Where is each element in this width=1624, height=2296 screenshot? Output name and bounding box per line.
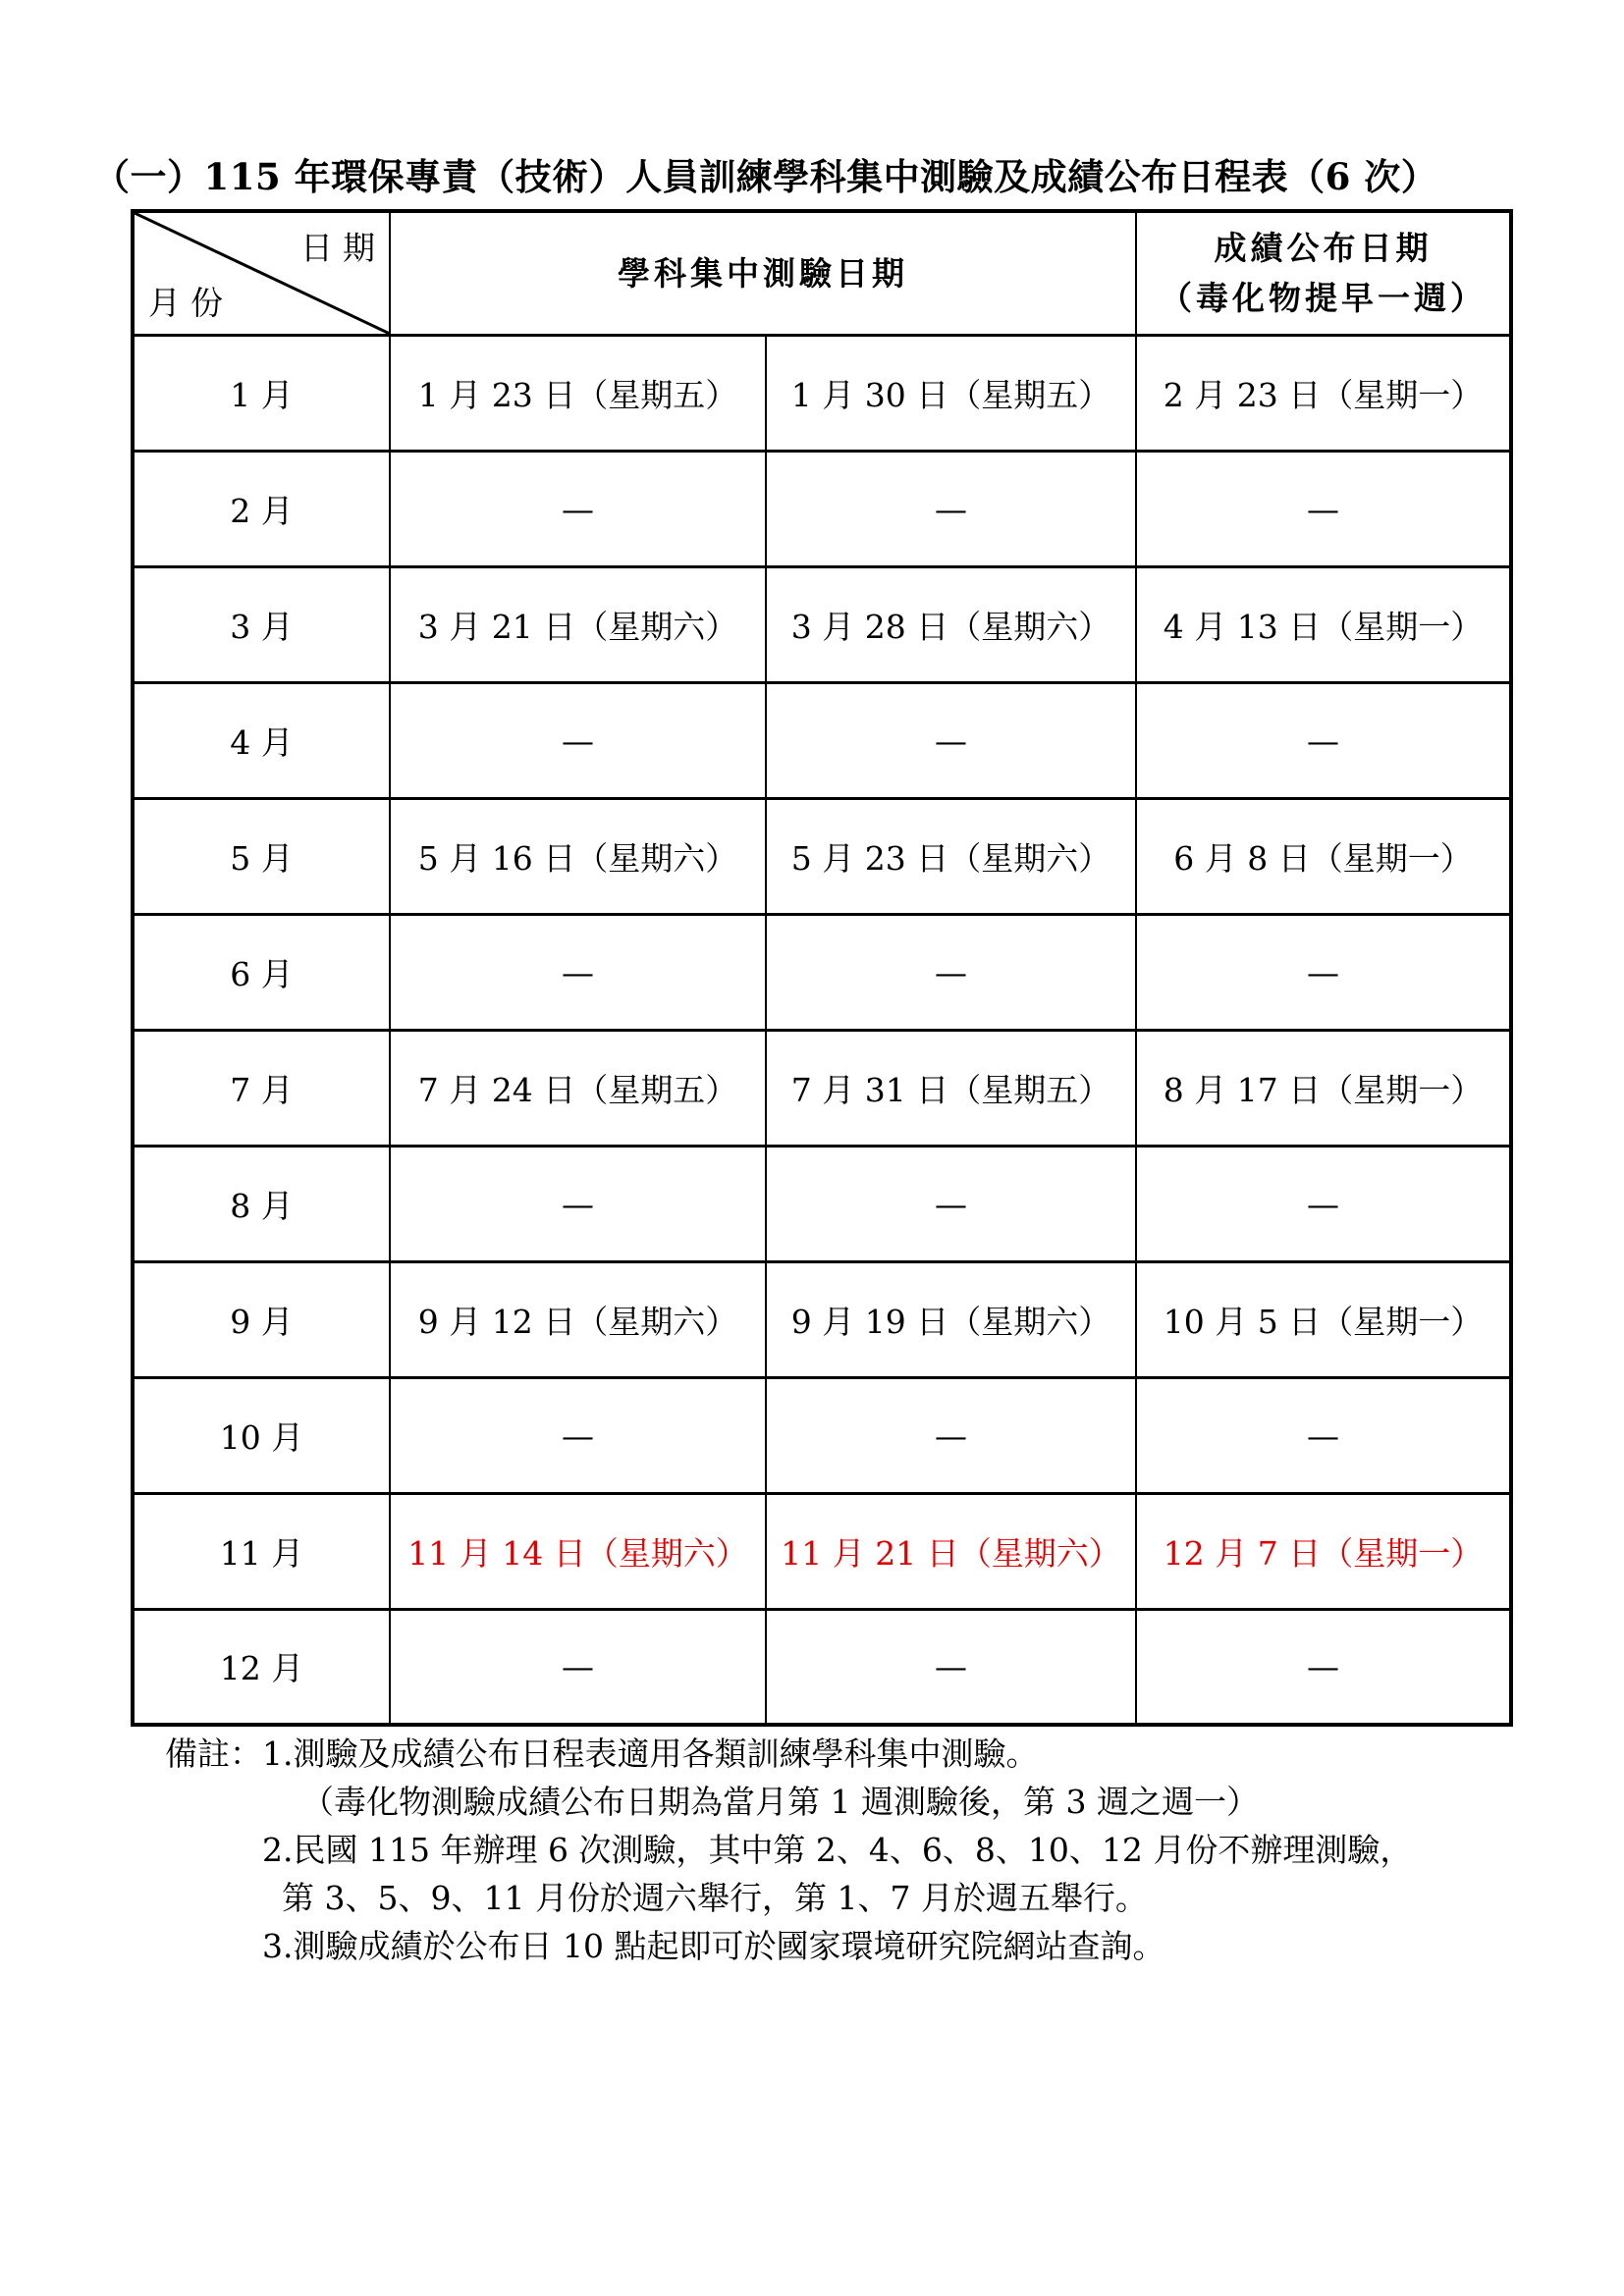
- test-date-1-cell: —: [390, 1146, 766, 1261]
- test-date-2-cell: —: [766, 451, 1136, 566]
- table-row: 4 月 — — —: [133, 682, 1511, 798]
- table-header-row: 日期 月份 學科集中測驗日期 成績公布日期 （毒化物提早一週）: [133, 211, 1511, 335]
- table-row: 10 月 — — —: [133, 1377, 1511, 1493]
- note-text-2: （毒化物測驗成績公布日期為當月第 1 週測驗後，第 3 週之週一）: [301, 1783, 1259, 1821]
- corner-header-cell: 日期 月份: [133, 211, 390, 335]
- result-date-cell: 10 月 5 日（星期一）: [1136, 1261, 1511, 1377]
- month-cell: 5 月: [133, 798, 390, 914]
- test-date-1-cell: —: [390, 1609, 766, 1725]
- result-date-cell: 8 月 17 日（星期一）: [1136, 1030, 1511, 1146]
- test-date-2-cell: 11 月 21 日（星期六）: [766, 1493, 1136, 1609]
- table-row: 1 月 1 月 23 日（星期五） 1 月 30 日（星期五） 2 月 23 日…: [133, 335, 1511, 451]
- result-date-cell: —: [1136, 1377, 1511, 1493]
- note-text-5: 3.測驗成績於公布日 10 點起即可於國家環境研究院網站查詢。: [262, 1927, 1164, 1965]
- note-line-5: 3.測驗成績於公布日 10 點起即可於國家環境研究院網站查詢。: [165, 1922, 1412, 1970]
- test-date-2-cell: —: [766, 914, 1136, 1030]
- test-date-1-cell: —: [390, 682, 766, 798]
- test-date-1-cell: —: [390, 1377, 766, 1493]
- month-cell: 11 月: [133, 1493, 390, 1609]
- month-cell: 2 月: [133, 451, 390, 566]
- note-line-3: 2.民國 115 年辦理 6 次測驗，其中第 2、4、6、8、10、12 月份不…: [165, 1826, 1412, 1874]
- month-cell: 1 月: [133, 335, 390, 451]
- table-row: 3 月 3 月 21 日（星期六） 3 月 28 日（星期六） 4 月 13 日…: [133, 566, 1511, 682]
- test-date-2-cell: 9 月 19 日（星期六）: [766, 1261, 1136, 1377]
- test-date-2-cell: —: [766, 1146, 1136, 1261]
- result-dates-header-cell: 成績公布日期 （毒化物提早一週）: [1136, 211, 1511, 335]
- result-date-cell: —: [1136, 1609, 1511, 1725]
- test-dates-header-cell: 學科集中測驗日期: [390, 211, 1136, 335]
- test-date-1-cell: 7 月 24 日（星期五）: [390, 1030, 766, 1146]
- test-date-1-cell: 11 月 14 日（星期六）: [390, 1493, 766, 1609]
- document-page: （一）115 年環保專責（技術）人員訓練學科集中測驗及成績公布日程表（6 次） …: [0, 0, 1624, 2296]
- table-row: 7 月 7 月 24 日（星期五） 7 月 31 日（星期五） 8 月 17 日…: [133, 1030, 1511, 1146]
- table-row: 2 月 — — —: [133, 451, 1511, 566]
- note-line-4: 第 3、5、9、11 月份於週六舉行，第 1、7 月於週五舉行。: [165, 1874, 1412, 1922]
- result-dates-header-line2: （毒化物提早一週）: [1137, 273, 1509, 323]
- month-cell: 12 月: [133, 1609, 390, 1725]
- month-cell: 10 月: [133, 1377, 390, 1493]
- page-title: （一）115 年環保專責（技術）人員訓練學科集中測驗及成績公布日程表（6 次）: [93, 147, 1437, 200]
- result-date-cell: —: [1136, 451, 1511, 566]
- test-date-1-cell: —: [390, 914, 766, 1030]
- table-row: 6 月 — — —: [133, 914, 1511, 1030]
- month-cell: 4 月: [133, 682, 390, 798]
- note-line-2: （毒化物測驗成績公布日期為當月第 1 週測驗後，第 3 週之週一）: [165, 1778, 1412, 1826]
- result-date-cell: 2 月 23 日（星期一）: [1136, 335, 1511, 451]
- month-cell: 7 月: [133, 1030, 390, 1146]
- test-date-2-cell: —: [766, 682, 1136, 798]
- test-date-2-cell: 3 月 28 日（星期六）: [766, 566, 1136, 682]
- test-date-2-cell: —: [766, 1377, 1136, 1493]
- test-date-1-cell: 9 月 12 日（星期六）: [390, 1261, 766, 1377]
- corner-label-date: 日期: [300, 223, 385, 269]
- test-date-2-cell: 1 月 30 日（星期五）: [766, 335, 1136, 451]
- result-date-cell: 4 月 13 日（星期一）: [1136, 566, 1511, 682]
- test-date-1-cell: 5 月 16 日（星期六）: [390, 798, 766, 914]
- corner-label-month: 月份: [148, 278, 233, 324]
- month-cell: 3 月: [133, 566, 390, 682]
- month-cell: 6 月: [133, 914, 390, 1030]
- notes-section: 備註：1.測驗及成績公布日程表適用各類訓練學科集中測驗。 （毒化物測驗成績公布日…: [165, 1730, 1412, 1970]
- notes-label: 備註：: [165, 1735, 262, 1773]
- test-date-2-cell: 5 月 23 日（星期六）: [766, 798, 1136, 914]
- result-date-cell: —: [1136, 1146, 1511, 1261]
- table-row: 8 月 — — —: [133, 1146, 1511, 1261]
- schedule-table-body: 1 月 1 月 23 日（星期五） 1 月 30 日（星期五） 2 月 23 日…: [133, 335, 1511, 1725]
- result-dates-header-line1: 成績公布日期: [1137, 223, 1509, 273]
- table-row: 5 月 5 月 16 日（星期六） 5 月 23 日（星期六） 6 月 8 日（…: [133, 798, 1511, 914]
- result-date-cell: 6 月 8 日（星期一）: [1136, 798, 1511, 914]
- schedule-table: 日期 月份 學科集中測驗日期 成績公布日期 （毒化物提早一週） 1 月 1 月 …: [131, 209, 1513, 1727]
- test-date-1-cell: —: [390, 451, 766, 566]
- test-date-1-cell: 1 月 23 日（星期五）: [390, 335, 766, 451]
- month-cell: 8 月: [133, 1146, 390, 1261]
- table-row: 12 月 — — —: [133, 1609, 1511, 1725]
- test-date-2-cell: 7 月 31 日（星期五）: [766, 1030, 1136, 1146]
- note-text-1: 1.測驗及成績公布日程表適用各類訓練學科集中測驗。: [262, 1735, 1039, 1773]
- result-date-cell: —: [1136, 914, 1511, 1030]
- note-text-4: 第 3、5、9、11 月份於週六舉行，第 1、7 月於週五舉行。: [282, 1879, 1148, 1917]
- result-date-cell: 12 月 7 日（星期一）: [1136, 1493, 1511, 1609]
- test-dates-header-label: 學科集中測驗日期: [391, 248, 1135, 298]
- test-date-1-cell: 3 月 21 日（星期六）: [390, 566, 766, 682]
- table-row: 11 月 11 月 14 日（星期六） 11 月 21 日（星期六） 12 月 …: [133, 1493, 1511, 1609]
- month-cell: 9 月: [133, 1261, 390, 1377]
- result-date-cell: —: [1136, 682, 1511, 798]
- test-date-2-cell: —: [766, 1609, 1136, 1725]
- table-row: 9 月 9 月 12 日（星期六） 9 月 19 日（星期六） 10 月 5 日…: [133, 1261, 1511, 1377]
- note-text-3: 2.民國 115 年辦理 6 次測驗，其中第 2、4、6、8、10、12 月份不…: [262, 1831, 1412, 1869]
- note-line-1: 備註：1.測驗及成績公布日程表適用各類訓練學科集中測驗。: [165, 1730, 1412, 1778]
